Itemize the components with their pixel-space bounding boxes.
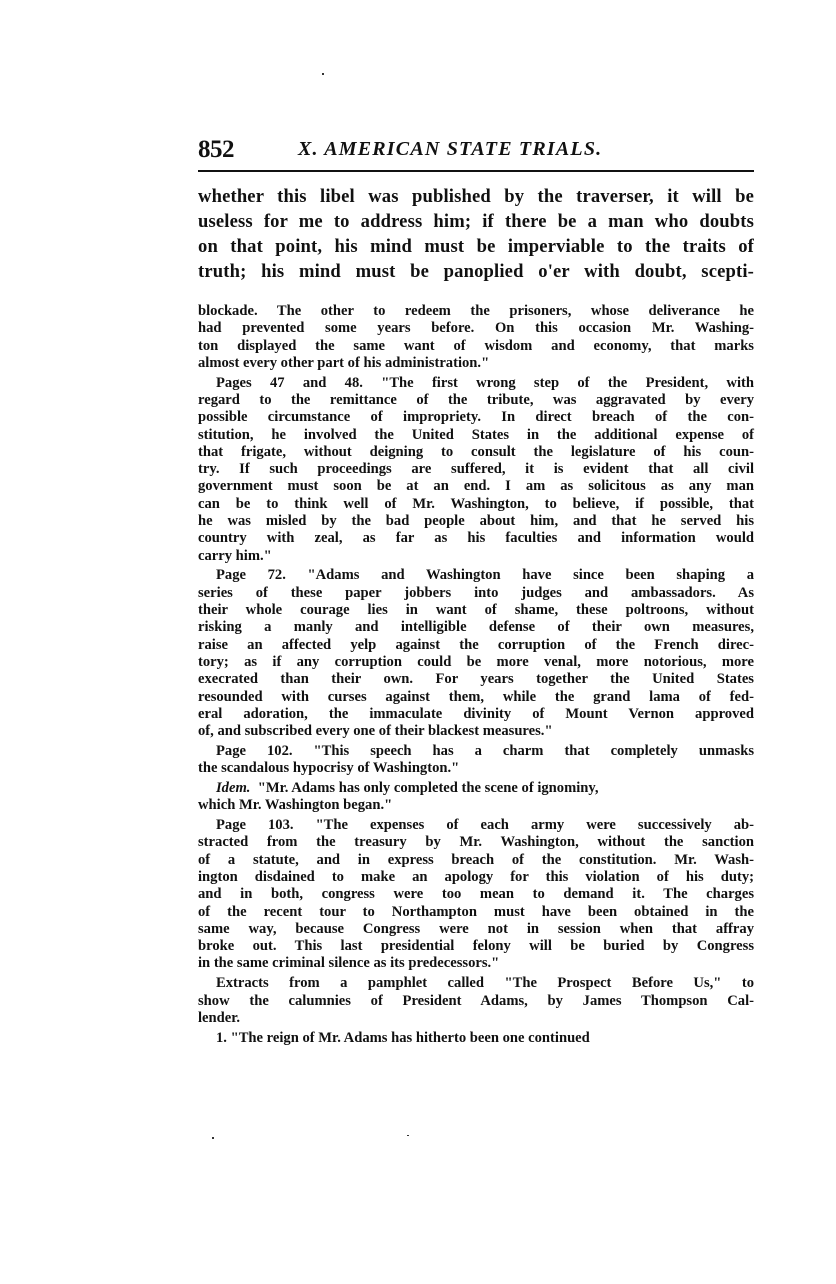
footnote-line: which Mr. Washington began." — [198, 797, 754, 814]
header-rule — [198, 170, 754, 172]
footnote-line: their whole courage lies in want of sham… — [198, 602, 754, 619]
footnote-line: stracted from the treasury by Mr. Washin… — [198, 834, 754, 851]
footnote-line: stitution, he involved the United States… — [198, 427, 754, 444]
footnote-line: and in both, congress were too mean to d… — [198, 886, 754, 903]
footnote-line: show the calumnies of President Adams, b… — [198, 993, 754, 1010]
footnote-paragraph: Page 103. "The expenses of each army wer… — [198, 817, 754, 973]
footnote-paragraph: blockade. The other to redeem the prison… — [198, 303, 754, 372]
footnote-line: ington disdained to make an apology for … — [198, 869, 754, 886]
running-title: X. AMERICAN STATE TRIALS. — [298, 138, 602, 161]
footnote-line: 1. "The reign of Mr. Adams has hitherto … — [198, 1030, 754, 1047]
running-head: 852 X. AMERICAN STATE TRIALS. — [198, 136, 754, 170]
footnote-line: tory; as if any corruption could be more… — [198, 654, 754, 671]
footnote-line: resounded with curses against them, whil… — [198, 689, 754, 706]
footnote-line: of the recent tour to Northampton must h… — [198, 904, 754, 921]
footnote-line: risking a manly and intelligible defense… — [198, 619, 754, 636]
scan-speck — [407, 1135, 409, 1136]
footnote-line: ton displayed the same want of wisdom an… — [198, 338, 754, 355]
footnote-line: Page 102. "This speech has a charm that … — [198, 743, 754, 760]
footnote-line: government must soon be at an end. I am … — [198, 478, 754, 495]
footnote-line: carry him." — [198, 548, 754, 565]
main-text: whether this libel was published by the … — [198, 184, 754, 284]
footnote-line: Pages 47 and 48. "The first wrong step o… — [198, 375, 754, 392]
footnote-line: broke out. This last presidential felony… — [198, 938, 754, 955]
footnote-paragraph: 1. "The reign of Mr. Adams has hitherto … — [198, 1030, 754, 1047]
footnote-line: Extracts from a pamphlet called "The Pro… — [198, 975, 754, 992]
footnote-line: regard to the remittance of the tribute,… — [198, 392, 754, 409]
footnote-line: of a statute, and in express breach of t… — [198, 852, 754, 869]
footnote-line: he was misled by the bad people about hi… — [198, 513, 754, 530]
footnote-line: try. If such proceedings are suffered, i… — [198, 461, 754, 478]
footnote-line: Idem. "Mr. Adams has only completed the … — [198, 780, 754, 797]
footnote-line: Page 103. "The expenses of each army wer… — [198, 817, 754, 834]
main-text-line: on that point, his mind must be impervia… — [198, 234, 754, 259]
footnote-paragraph: Page 102. "This speech has a charm that … — [198, 743, 754, 778]
page-number: 852 — [198, 136, 234, 164]
footnote-line: in the same criminal silence as its pred… — [198, 955, 754, 972]
scan-speck — [322, 73, 324, 75]
footnote-line: eral adoration, the immaculate divinity … — [198, 706, 754, 723]
footnote-line: raise an affected yelp against the corru… — [198, 637, 754, 654]
footnote-line: possible circumstance of impropriety. In… — [198, 409, 754, 426]
footnote-line: the scandalous hypocrisy of Washington." — [198, 760, 754, 777]
footnote-paragraph: Extracts from a pamphlet called "The Pro… — [198, 975, 754, 1027]
footnote-paragraph: Page 72. "Adams and Washington have sinc… — [198, 567, 754, 740]
scan-speck — [212, 1137, 214, 1139]
footnote-line: Page 72. "Adams and Washington have sinc… — [198, 567, 754, 584]
footnote-line: of, and subscribed every one of their bl… — [198, 723, 754, 740]
footnote-line: same way, because Congress were not in s… — [198, 921, 754, 938]
footnote-line: country with zeal, as far as his faculti… — [198, 530, 754, 547]
main-text-line: whether this libel was published by the … — [198, 184, 754, 209]
footnote-line-text: "Mr. Adams has only completed the scene … — [250, 780, 598, 796]
footnote-line: that frigate, without deigning to consul… — [198, 444, 754, 461]
idem-label: Idem. — [216, 780, 250, 796]
footnote-line: lender. — [198, 1010, 754, 1027]
footnote-paragraph: Pages 47 and 48. "The first wrong step o… — [198, 375, 754, 565]
footnote-line: can be to think well of Mr. Washington, … — [198, 496, 754, 513]
footnote-line: had prevented some years before. On this… — [198, 320, 754, 337]
footnote-block: blockade. The other to redeem the prison… — [198, 303, 754, 1049]
footnote-line: execrated than their own. For years toge… — [198, 671, 754, 688]
footnote-line: almost every other part of his administr… — [198, 355, 754, 372]
footnote-paragraph: Idem. "Mr. Adams has only completed the … — [198, 780, 754, 815]
main-text-line: useless for me to address him; if there … — [198, 209, 754, 234]
footnote-line: series of these paper jobbers into judge… — [198, 585, 754, 602]
main-text-line: truth; his mind must be panoplied o'er w… — [198, 259, 754, 284]
footnote-line: blockade. The other to redeem the prison… — [198, 303, 754, 320]
